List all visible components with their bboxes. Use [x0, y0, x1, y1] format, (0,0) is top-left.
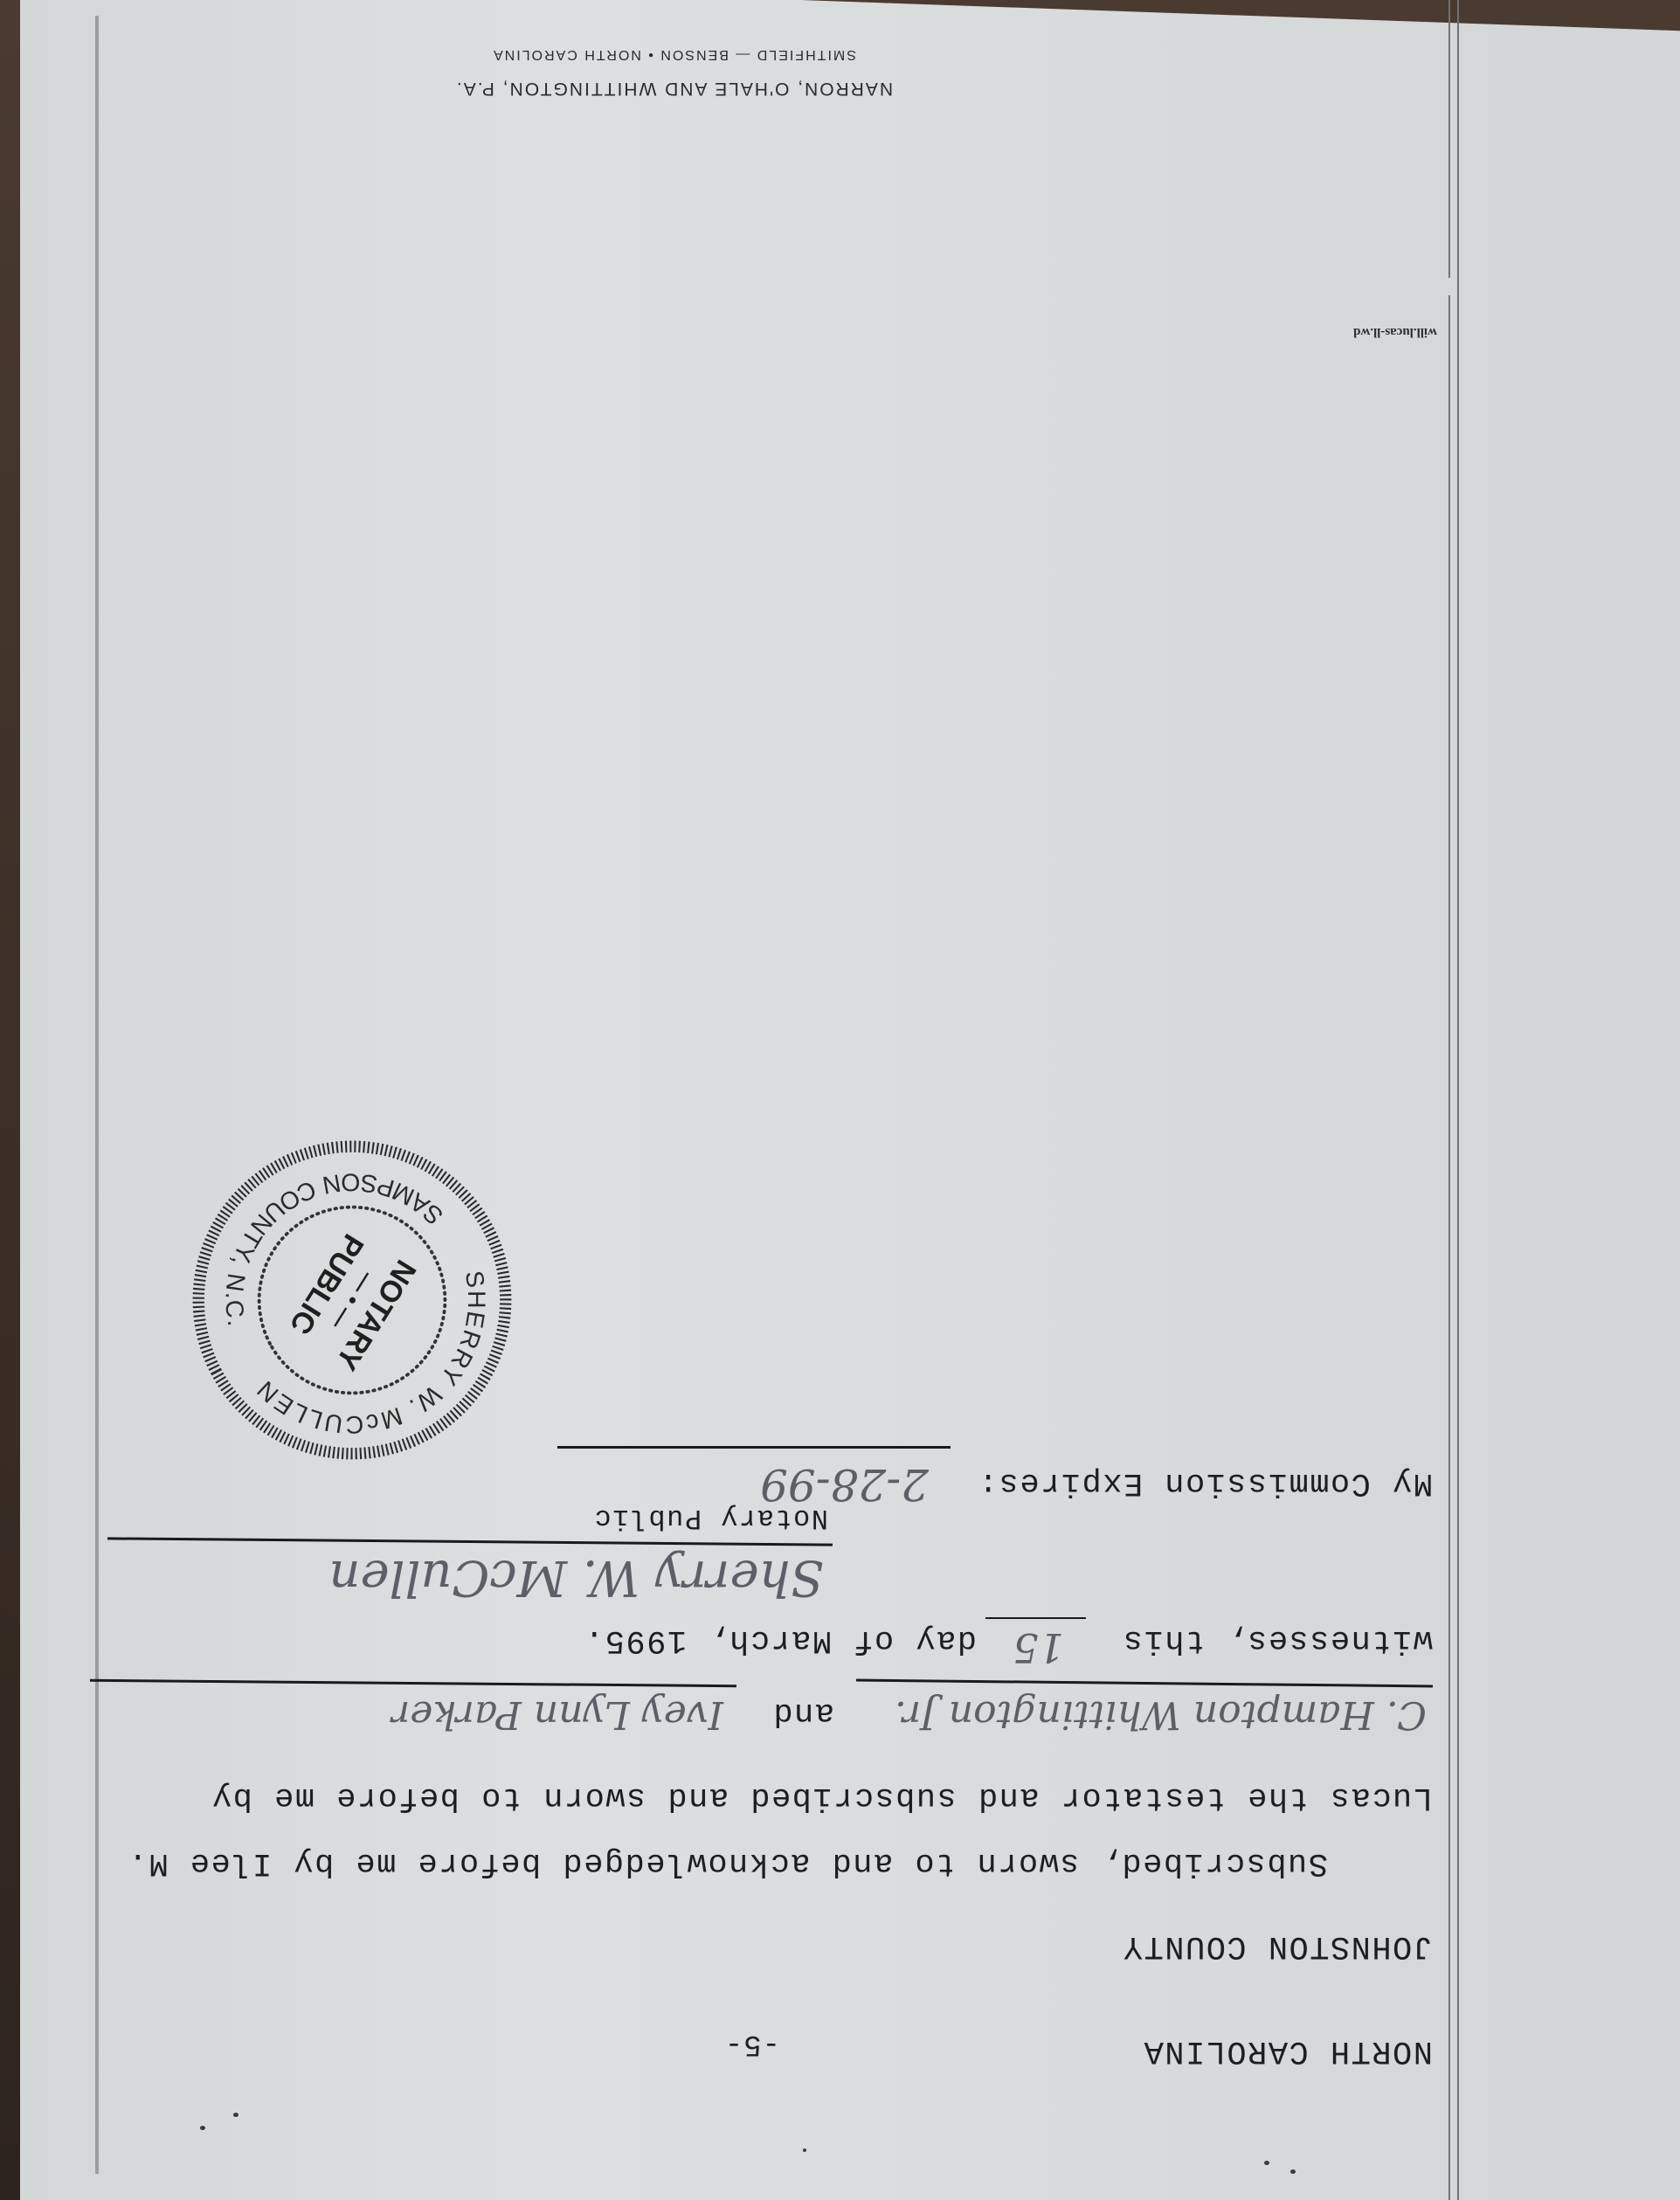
paper-speck [803, 2148, 806, 2152]
commission-label: My Commission Expires: [978, 1464, 1433, 1501]
paper-speck [1264, 2161, 1269, 2165]
county-heading: JOHNSTON COUNTY [1122, 1927, 1433, 1964]
firm-name: NARRON, O'HALE AND WHITTINGTON, P.A. [0, 78, 1680, 99]
notary-signature: Sherry W. McCullen [328, 1549, 824, 1606]
body-line-1: Subscribed, sworn to and acknowledged be… [127, 1844, 1328, 1881]
witness2-name: Ivey Lynn Parker [391, 1692, 723, 1737]
state-heading: NORTH CAROLINA [1143, 2032, 1433, 2069]
body-line-4-prefix: witnesses, this [1122, 1622, 1433, 1658]
and-label: and [772, 1694, 834, 1731]
day-blank-line [985, 1617, 1086, 1619]
firm-locations: SMITHFIELD — BENSON • NORTH CAROLINA [0, 46, 1680, 62]
page-number: -5- [724, 2027, 780, 2060]
body-line-2: Lucas the testator and subscribed and sw… [211, 1779, 1433, 1816]
witness1-name: C. Hampton Whittington Jr. [895, 1692, 1427, 1737]
left-margin-double-line-inner [1448, 295, 1450, 2200]
left-margin-double-line [1457, 0, 1459, 2200]
left-margin-double-line-inner-lower [1448, 0, 1450, 278]
paper-speck [233, 2113, 239, 2117]
right-margin-line [95, 16, 99, 2174]
day-value: 15 [1013, 1624, 1064, 1671]
document-page: -5- NORTH CAROLINA JOHNSTON COUNTY Subsc… [0, 0, 1680, 2200]
paper-speck [200, 2126, 205, 2130]
document-filename: will.lucas-ll.wd [1353, 324, 1437, 339]
commission-date-line [557, 1446, 951, 1449]
paper-speck [1290, 2169, 1296, 2174]
commission-date: 2-28-99 [760, 1459, 929, 1510]
body-line-4-suffix: day of March, 1995. [584, 1622, 977, 1658]
